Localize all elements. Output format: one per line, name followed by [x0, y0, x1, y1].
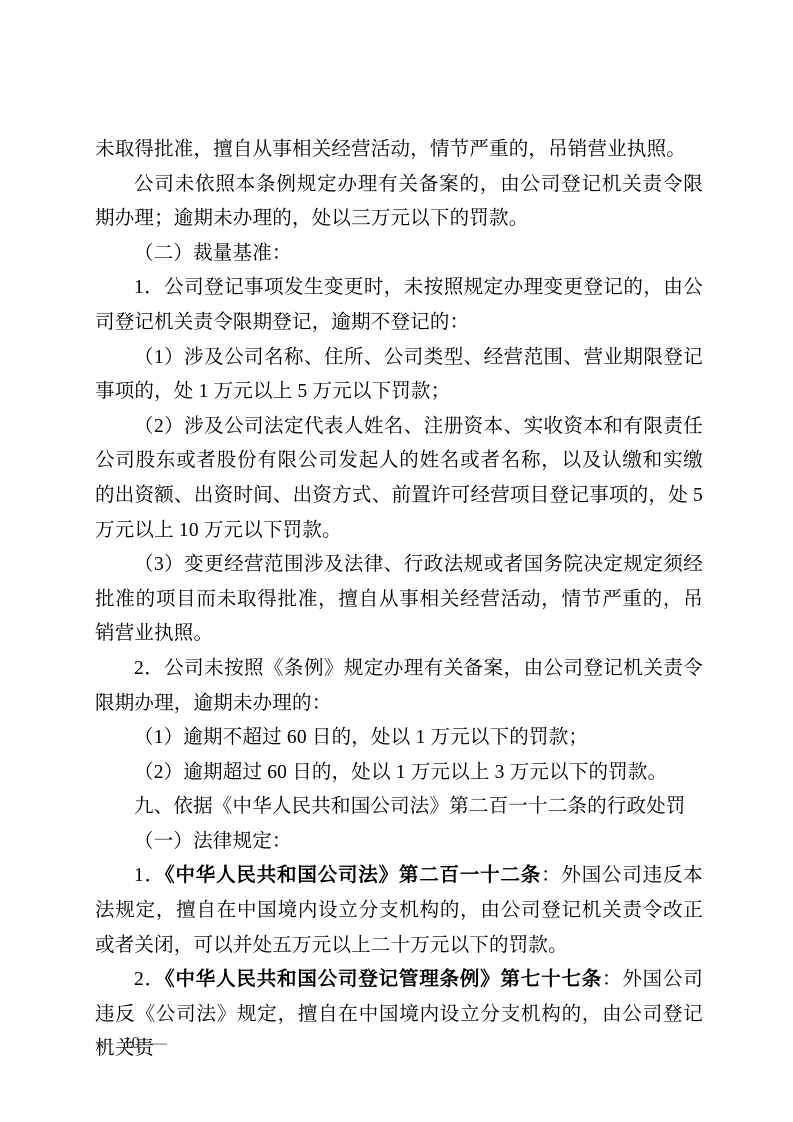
paragraph-8: 2．公司未按照《条例》规定办理有关备案，由公司登记机关责令限期办理，逾期未办理的… — [95, 652, 703, 721]
page-number: 10 — [123, 1033, 140, 1052]
paragraph-12: （一）法律规定： — [95, 825, 703, 860]
paragraph-14-prefix: 2． — [134, 969, 165, 990]
paragraph-14: 2．《中华人民共和国公司登记管理条例》第七十七条：外国公司违反《公司法》规定，擅… — [95, 963, 703, 1067]
document-page: 未取得批准，擅自从事相关经营活动，情节严重的，吊销营业执照。 公司未依照本条例规… — [0, 0, 793, 1122]
paragraph-7: （3）变更经营范围涉及法律、行政法规或者国务院决定规定须经批准的项目而未取得批准… — [95, 548, 703, 652]
paragraph-14-law-citation: 《中华人民共和国公司登记管理条例》第七十七条 — [165, 969, 602, 990]
footer-dash-left: — — [96, 1033, 113, 1052]
paragraph-13-law-citation: 《中华人民共和国公司法》第二百一十二条 — [165, 865, 541, 886]
paragraph-1: 未取得批准，擅自从事相关经营活动，情节严重的，吊销营业执照。 — [95, 133, 703, 168]
paragraph-13: 1．《中华人民共和国公司法》第二百一十二条：外国公司违反本法规定，擅自在中国境内… — [95, 859, 703, 963]
paragraph-5: （1）涉及公司名称、住所、公司类型、经营范围、营业期限登记事项的，处 1 万元以… — [95, 341, 703, 410]
paragraph-10: （2）逾期超过 60 日的，处以 1 万元以上 3 万元以下的罚款。 — [95, 756, 703, 791]
footer-dash-right: — — [150, 1033, 167, 1052]
paragraph-2: 公司未依照本条例规定办理有关备案的，由公司登记机关责令限期办理；逾期未办理的，处… — [95, 168, 703, 237]
paragraph-3: （二）裁量基准： — [95, 237, 703, 272]
paragraph-11: 九、依据《中华人民共和国公司法》第二百一十二条的行政处罚 — [95, 790, 703, 825]
paragraph-4: 1．公司登记事项发生变更时，未按照规定办理变更登记的，由公司登记机关责令限期登记… — [95, 271, 703, 340]
paragraph-6: （2）涉及公司法定代表人姓名、注册资本、实收资本和有限责任公司股东或者股份有限公… — [95, 410, 703, 548]
page-content: 未取得批准，擅自从事相关经营活动，情节严重的，吊销营业执照。 公司未依照本条例规… — [95, 133, 703, 1067]
paragraph-13-prefix: 1． — [134, 865, 165, 886]
paragraph-9: （1）逾期不超过 60 日的，处以 1 万元以下的罚款； — [95, 721, 703, 756]
page-footer: —10— — [96, 1033, 167, 1053]
